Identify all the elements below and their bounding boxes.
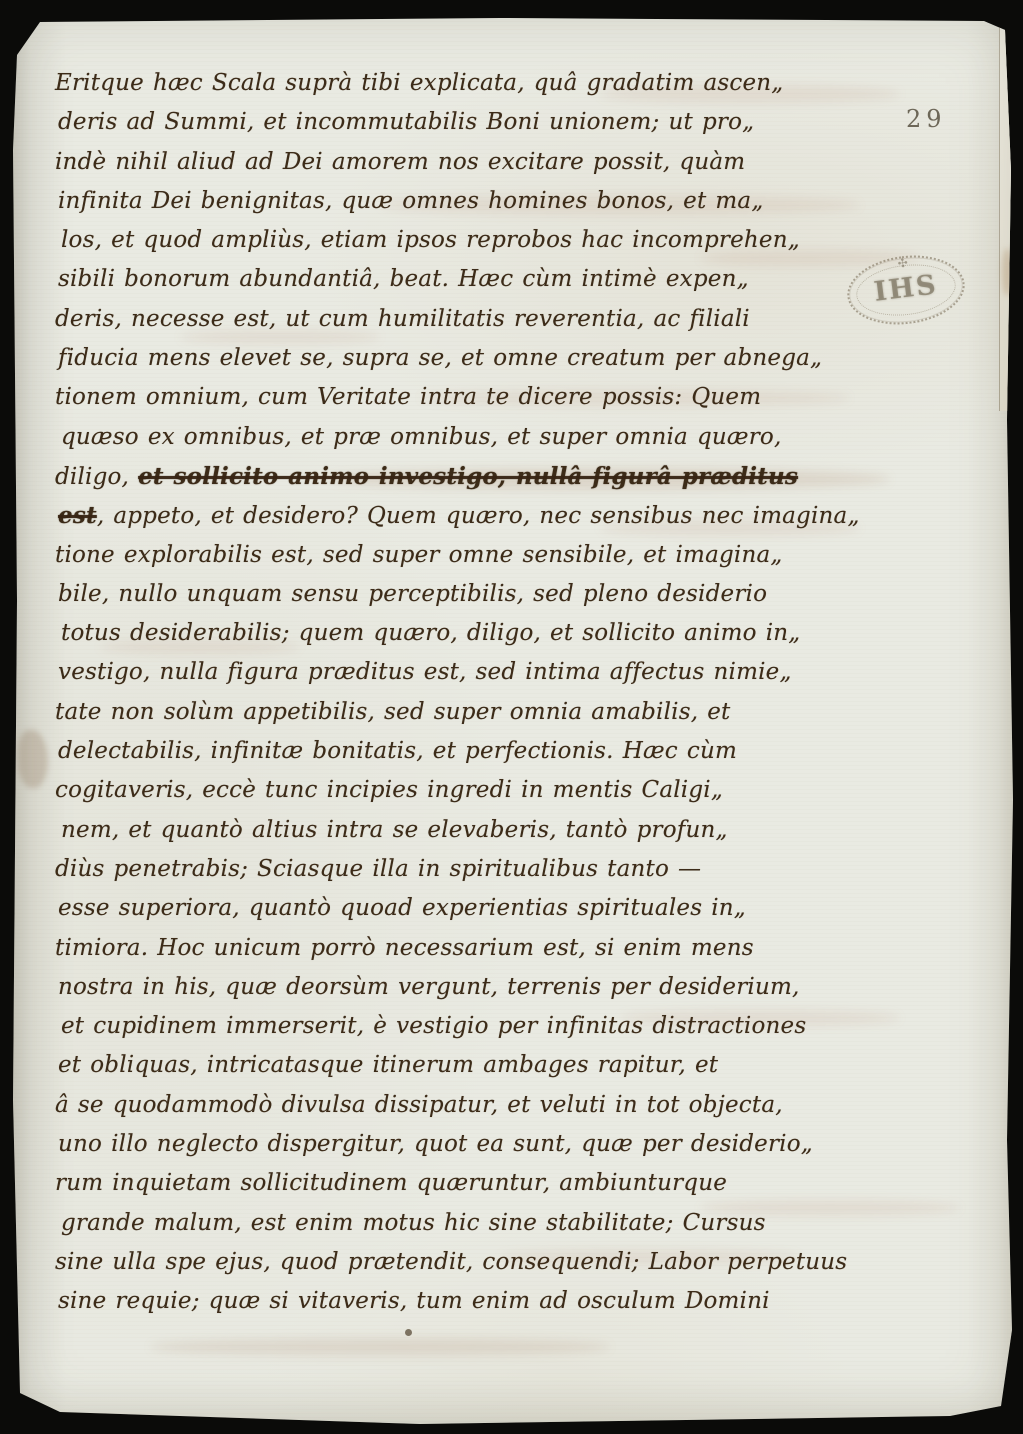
manuscript-line: fiducia mens elevet se, supra se, et omn… [55, 339, 845, 378]
manuscript-line: tate non solùm appetibilis, sed super om… [55, 693, 845, 732]
manuscript-line: sibili bonorum abundantiâ, beat. Hæc cùm… [55, 260, 845, 299]
margin-ink-smudge [18, 730, 48, 788]
manuscript-line: et obliquas, intricatasque itinerum amba… [55, 1046, 845, 1085]
jesuit-ihs-stamp: ✣ IHS [843, 249, 968, 331]
manuscript-line: sine requie; quæ si vitaveris, tum enim … [55, 1282, 845, 1321]
edge-stain [1002, 248, 1012, 296]
manuscript-line: deris, necesse est, ut cum humilitatis r… [55, 300, 845, 339]
manuscript-line: â se quodammodò divulsa dissipatur, et v… [55, 1086, 845, 1125]
manuscript-photo: 29 ✣ IHS Eritque hæc Scala suprà tibi ex… [0, 0, 1023, 1434]
manuscript-line: deris ad Summi, et incommutabilis Boni u… [55, 103, 845, 142]
struck-text: est [58, 502, 97, 529]
manuscript-line: infinita Dei benignitas, quæ omnes homin… [55, 182, 845, 221]
manuscript-line: delectabilis, infinitæ bonitatis, et per… [55, 732, 845, 771]
manuscript-line: Eritque hæc Scala suprà tibi explicata, … [55, 64, 845, 103]
struck-text: et sollicito animo investigo, nullâ figu… [138, 463, 798, 490]
line-text: diligo, [55, 464, 138, 490]
manuscript-line: quæso ex omnibus, et præ omnibus, et sup… [55, 418, 845, 457]
manuscript-line: esse superiora, quantò quoad experientia… [55, 889, 845, 928]
manuscript-text-block: Eritque hæc Scala suprà tibi explicata, … [55, 64, 845, 1322]
manuscript-line: sine ulla spe ejus, quod prætendit, cons… [55, 1243, 845, 1282]
manuscript-line: diligo, et sollicito animo investigo, nu… [55, 457, 845, 496]
manuscript-line: nem, et quantò altius intra se elevaberi… [55, 811, 845, 850]
manuscript-line: grande malum, est enim motus hic sine st… [55, 1204, 845, 1243]
manuscript-line: diùs penetrabis; Sciasque illa in spirit… [55, 850, 845, 889]
manuscript-page: 29 ✣ IHS Eritque hæc Scala suprà tibi ex… [0, 0, 1023, 1434]
manuscript-line: bile, nullo unquam sensu perceptibilis, … [55, 575, 845, 614]
manuscript-line: rum inquietam sollicitudinem quæruntur, … [55, 1164, 845, 1203]
manuscript-line: indè nihil aliud ad Dei amorem nos excit… [55, 143, 845, 182]
ink-showthrough [150, 1338, 610, 1356]
manuscript-line: tione explorabilis est, sed super omne s… [55, 536, 845, 575]
manuscript-line: totus desiderabilis; quem quæro, diligo,… [55, 614, 845, 653]
manuscript-line: cogitaveris, eccè tunc incipies ingredi … [55, 771, 845, 810]
manuscript-line: los, et quod ampliùs, etiam ipsos reprob… [55, 221, 845, 260]
underlying-page-edge [999, 21, 1014, 411]
manuscript-line: uno illo neglecto dispergitur, quot ea s… [55, 1125, 845, 1164]
manuscript-line: est, appeto, et desidero? Quem quæro, ne… [55, 496, 845, 535]
manuscript-line: vestigo, nulla figura præditus est, sed … [55, 653, 845, 692]
line-text: , appeto, et desidero? Quem quæro, nec s… [97, 503, 860, 529]
manuscript-line: nostra in his, quæ deorsùm vergunt, terr… [55, 968, 845, 1007]
manuscript-line: tionem omnium, cum Veritate intra te dic… [55, 378, 845, 417]
manuscript-line: timiora. Hoc unicum porrò necessarium es… [55, 929, 845, 968]
page-number: 29 [906, 105, 947, 133]
ink-speck [405, 1329, 412, 1336]
manuscript-line: et cupidinem immerserit, è vestigio per … [55, 1007, 845, 1046]
